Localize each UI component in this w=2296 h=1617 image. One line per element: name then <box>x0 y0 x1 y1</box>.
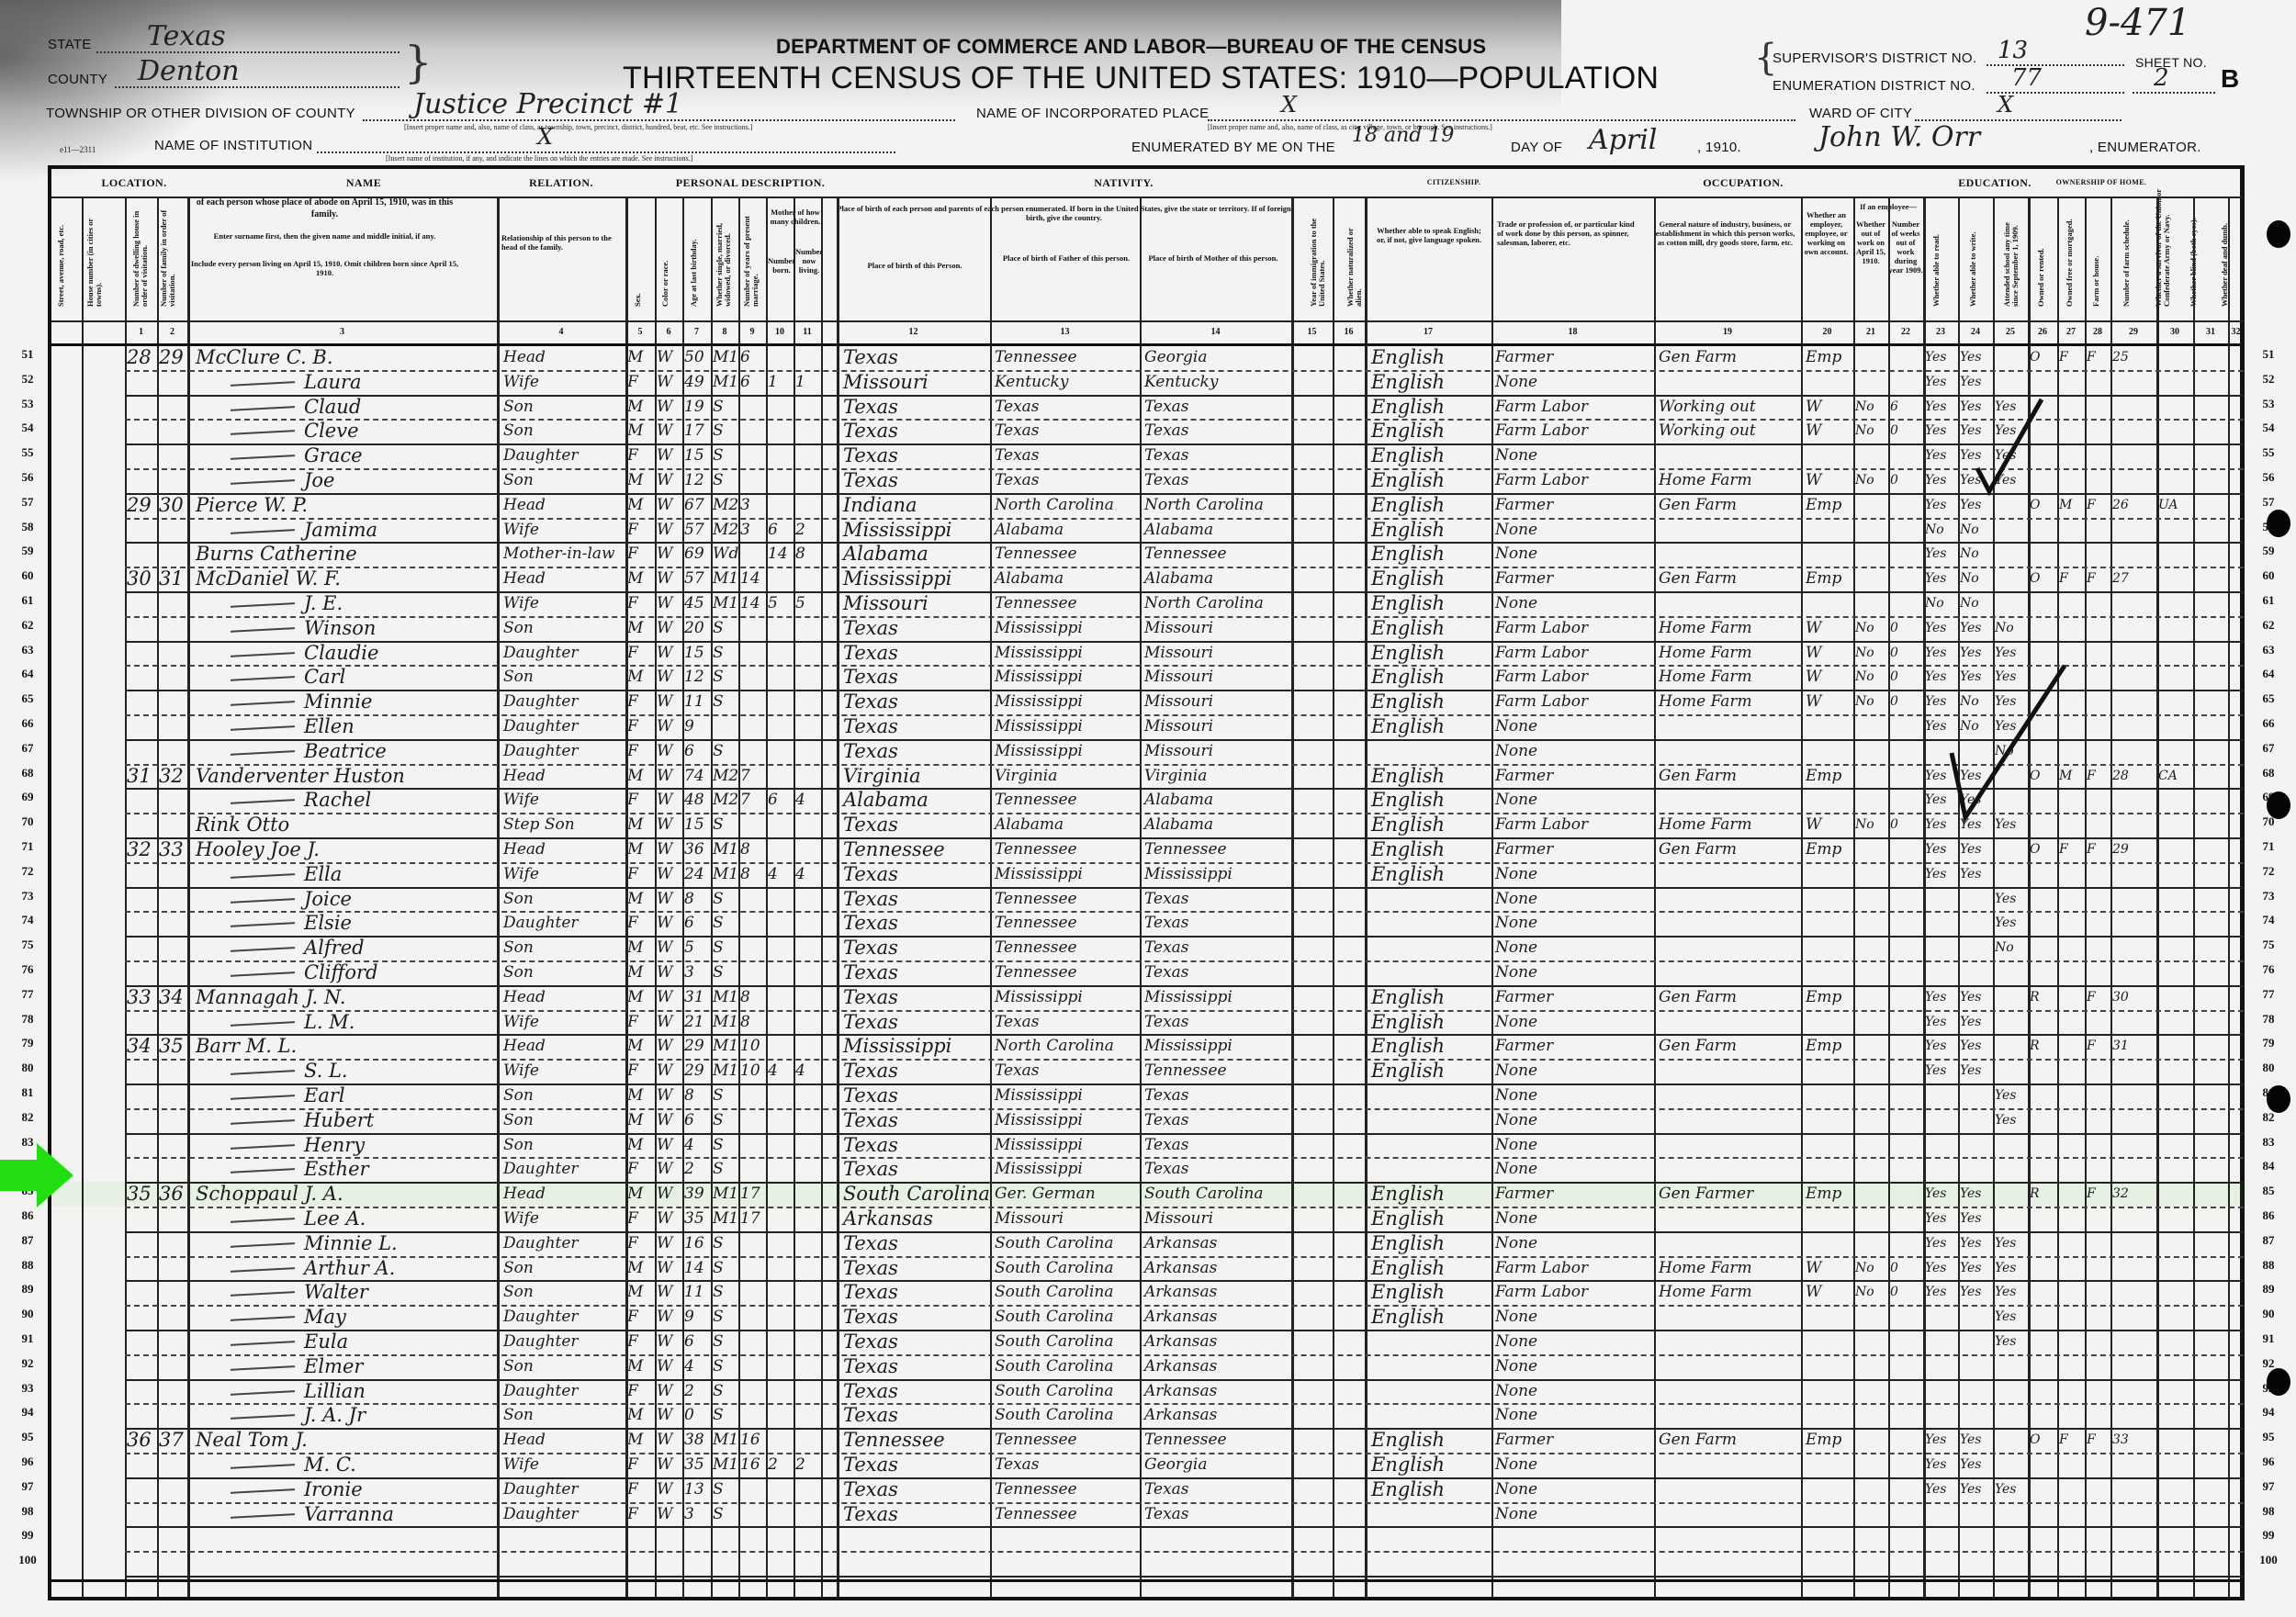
table-row[interactable]: HenrySonMW4STexasMississippiTexasNone <box>51 1133 2244 1158</box>
row-divider <box>125 1403 2244 1405</box>
cell-ms: S <box>713 395 737 419</box>
cell-fbp: Texas <box>995 1059 1138 1083</box>
cell-fbp: North Carolina <box>995 493 1138 517</box>
cell-bp: Mississippi <box>843 1034 988 1058</box>
institution-note: [Insert name of institution, if any, and… <box>386 154 692 163</box>
line-number: 95 <box>11 1430 44 1444</box>
column-divider <box>625 197 628 1597</box>
cell-bp: Texas <box>843 641 988 665</box>
cell-race: W <box>657 1428 681 1452</box>
ditto-dash <box>231 1021 295 1027</box>
cell-race: W <box>657 591 681 615</box>
cell-sched: 25 <box>2112 345 2155 369</box>
cell-occ: None <box>1495 1477 1652 1501</box>
header-employer: Whether an employer, employee, or workin… <box>1801 210 1851 256</box>
cell-name: Neal Tom J. <box>196 1428 495 1452</box>
row-divider <box>125 1010 2244 1012</box>
cell-rel: Daughter <box>503 1330 624 1353</box>
cell-eng: English <box>1371 813 1490 837</box>
cell-age: 8 <box>684 1084 709 1107</box>
ditto-dash <box>231 652 295 657</box>
cell-sex: F <box>627 641 653 665</box>
cell-bp: Texas <box>843 936 988 960</box>
cell-yrs: 17 <box>740 1207 764 1230</box>
cell-mbp: Texas <box>1144 1157 1289 1181</box>
cell-race: W <box>657 739 681 763</box>
cell-rel: Step Son <box>503 813 624 837</box>
cell-age: 29 <box>684 1034 709 1058</box>
column-divider <box>2110 197 2112 1597</box>
cell-living: 8 <box>795 542 819 566</box>
cell-age: 45 <box>684 591 709 615</box>
cell-yrs: 10 <box>740 1059 764 1083</box>
incorporated-place-value[interactable]: X <box>1281 92 1297 118</box>
column-divider <box>821 197 823 1597</box>
line-number: 67 <box>11 741 44 756</box>
ditto-dash <box>231 971 295 977</box>
line-number: 57 <box>11 495 44 510</box>
cell-age: 67 <box>684 493 709 517</box>
cell-farm: F <box>2087 345 2109 369</box>
column-divider <box>1853 197 1855 1597</box>
cell-cls: W <box>1806 641 1851 665</box>
group-relation: RELATION. <box>497 176 625 190</box>
ditto-dash <box>231 1513 295 1519</box>
cell-age: 12 <box>684 665 709 689</box>
cell-mbp: Alabama <box>1144 567 1289 590</box>
cell-farm: F <box>2087 1428 2109 1452</box>
supervisor-district-value[interactable]: 13 <box>1998 37 2028 64</box>
cell-cls: Emp <box>1806 1428 1851 1452</box>
table-row[interactable]: BeatriceDaughterFW6STexasMississippiMiss… <box>51 739 2244 764</box>
cell-write: Yes <box>1960 985 1991 1009</box>
column-divider <box>1654 197 1656 1597</box>
cell-eng: English <box>1371 641 1490 665</box>
table-row[interactable]: EllenDaughterFW9TexasMississippiMissouri… <box>51 714 2244 739</box>
column-number: 7 <box>682 327 711 337</box>
column-number: 18 <box>1491 327 1654 337</box>
table-row[interactable]: CarlSonMW12STexasMississippiMissouriEngl… <box>51 665 2244 690</box>
cell-cls: W <box>1806 616 1851 640</box>
ditto-dash <box>231 1464 295 1469</box>
cell-occ: Farmer <box>1495 985 1652 1009</box>
cell-ms: S <box>713 616 737 640</box>
cell-race: W <box>657 1379 681 1403</box>
cell-sex: F <box>627 370 653 394</box>
cell-own: O <box>2030 567 2055 590</box>
cell-ms: S <box>713 1477 737 1501</box>
cell-farm: F <box>2087 837 2109 861</box>
cell-ms: S <box>713 1280 737 1304</box>
cell-ms: M2 <box>713 493 737 517</box>
ditto-dash <box>231 1095 295 1100</box>
cell-bp: Texas <box>843 665 988 689</box>
line-number: 55 <box>11 445 44 460</box>
table-row[interactable]: Lee A.WifeFW35M117ArkansasMissouriMissou… <box>51 1207 2244 1231</box>
row-divider <box>125 542 2244 544</box>
cell-fbp: Tennessee <box>995 788 1138 812</box>
cell-ind: Gen Farm <box>1659 1034 1799 1058</box>
cell-sex: F <box>627 862 653 886</box>
cell-mbp: Tennessee <box>1144 837 1289 861</box>
header-school: Attended school any time since September… <box>2003 210 2020 307</box>
cell-race: W <box>657 690 681 713</box>
cell-ms: M1 <box>713 1453 737 1477</box>
cell-bp: Missouri <box>843 591 988 615</box>
cell-occ: None <box>1495 1157 1652 1181</box>
institution-label: Name of institution <box>154 138 312 153</box>
ditto-dash <box>231 677 295 682</box>
cell-fam: 34 <box>159 985 186 1009</box>
column-number: 5 <box>625 327 655 337</box>
cell-fbp: Tennessee <box>995 1477 1138 1501</box>
cell-fam: 32 <box>159 764 186 788</box>
cell-sex: M <box>627 345 653 369</box>
cell-read: Yes <box>1925 567 1956 590</box>
cell-sex: M <box>627 837 653 861</box>
cell-sex: F <box>627 1010 653 1034</box>
cell-bp: Alabama <box>843 542 988 566</box>
sheet-no-value[interactable]: 2 <box>2154 64 2169 92</box>
cell-bp: Texas <box>843 345 988 369</box>
month-value[interactable]: April <box>1589 124 1657 156</box>
cell-farm: F <box>2087 493 2109 517</box>
column-divider <box>738 197 740 1597</box>
ditto-dash <box>231 873 295 879</box>
cell-ind: Home Farm <box>1659 468 1799 492</box>
cell-age: 3 <box>684 1502 709 1526</box>
cell-mbp: Alabama <box>1144 813 1289 837</box>
header-farm-schedule: Number of farm schedule. <box>2122 210 2131 307</box>
check-mark-icon <box>1973 395 2046 496</box>
cell-fbp: South Carolina <box>995 1403 1138 1427</box>
header-weeks-out: Number of weeks out of work during year … <box>1888 219 1923 275</box>
row-divider <box>125 665 2244 667</box>
cell-yrs: 17 <box>740 1182 764 1206</box>
cell-sched: 30 <box>2112 985 2155 1009</box>
cell-wks: 0 <box>1890 665 1921 689</box>
cell-write: Yes <box>1960 345 1991 369</box>
table-row[interactable]: 3435Barr M. L.HeadMW29M110MississippiNor… <box>51 1034 2244 1059</box>
row-divider <box>125 1231 2244 1233</box>
ward-value[interactable]: X <box>1998 92 2013 118</box>
cell-fam: 35 <box>159 1034 186 1058</box>
enumerator-name[interactable]: John W. Orr <box>1818 121 1980 153</box>
table-row[interactable]: JoiceSonMW8STexasTennesseeTexasNoneYes <box>51 887 2244 912</box>
table-row[interactable]: LauraWifeFW49M1611MissouriKentuckyKentuc… <box>51 370 2244 395</box>
group-ownership: OWNERSHIP OF HOME. <box>2046 178 2156 186</box>
census-title: THIRTEENTH CENSUS OF THE UNITED STATES: … <box>623 61 1659 96</box>
cell-rel: Head <box>503 493 624 517</box>
row-divider <box>125 493 2244 495</box>
column-divider <box>655 197 657 1597</box>
cell-rel: Daughter <box>503 444 624 467</box>
cell-rel: Head <box>503 1034 624 1058</box>
line-number: 93 <box>11 1381 44 1396</box>
table-row[interactable]: EllaWifeFW24M1844TexasMississippiMississ… <box>51 862 2244 887</box>
cell-age: 48 <box>684 788 709 812</box>
cell-occ: Farm Labor <box>1495 395 1652 419</box>
cell-sex: M <box>627 1256 653 1280</box>
cell-rel: Daughter <box>503 1477 624 1501</box>
cell-dw: 29 <box>127 493 155 517</box>
cell-ms: S <box>713 1354 737 1378</box>
cell-cls: W <box>1806 1280 1851 1304</box>
line-number: 92 <box>11 1356 44 1371</box>
header-brace: } <box>404 37 433 88</box>
column-divider <box>793 197 795 1597</box>
column-number: 15 <box>1291 327 1333 337</box>
cell-born: 5 <box>768 591 792 615</box>
cell-own: R <box>2030 1034 2055 1058</box>
line-number: 59 <box>2252 544 2285 558</box>
row-divider <box>51 320 2244 322</box>
line-number: 52 <box>11 372 44 387</box>
cell-sched: 26 <box>2112 493 2155 517</box>
ditto-dash <box>231 529 295 534</box>
table-row[interactable]: CliffordSonMW3STexasTennesseeTexasNone <box>51 960 2244 985</box>
table-row[interactable]: EulaDaughterFW6STexasSouth CarolinaArkan… <box>51 1330 2244 1354</box>
cell-dw: 31 <box>127 764 155 788</box>
cell-race: W <box>657 985 681 1009</box>
cell-free: F <box>2059 567 2083 590</box>
cell-race: W <box>657 862 681 886</box>
table-row[interactable]: EstherDaughterFW2STexasMississippiTexasN… <box>51 1157 2244 1182</box>
year-label: , 1910. <box>1697 140 1741 155</box>
line-number: 80 <box>11 1061 44 1075</box>
table-row[interactable]: 2930Pierce W. P.HeadMW67M23IndianaNorth … <box>51 493 2244 518</box>
column-number: 4 <box>497 327 625 337</box>
table-row[interactable]: IronieDaughterFW13STexasTennesseeTexasEn… <box>51 1477 2244 1502</box>
table-row[interactable]: HubertSonMW6STexasMississippiTexasNoneYe… <box>51 1108 2244 1133</box>
table-row[interactable]: 3233Hooley Joe J.HeadMW36M18TennesseeTen… <box>51 837 2244 862</box>
table-row[interactable]: ClaudieDaughterFW15STexasMississippiMiss… <box>51 641 2244 666</box>
cell-age: 6 <box>684 739 709 763</box>
cell-ms: M2 <box>713 518 737 542</box>
group-location: LOCATION. <box>51 176 217 190</box>
cell-bp: Texas <box>843 1305 988 1329</box>
cell-ms: S <box>713 911 737 935</box>
table-row[interactable]: ElmerSonMW4STexasSouth CarolinaArkansasN… <box>51 1354 2244 1379</box>
cell-ind: Home Farm <box>1659 1280 1799 1304</box>
line-number: 94 <box>2252 1405 2285 1420</box>
table-row[interactable]: EarlSonMW8STexasMississippiTexasNoneYes <box>51 1084 2244 1108</box>
row-divider <box>125 1207 2244 1208</box>
table-row[interactable]: Rink OttoStep SonMW15STexasAlabamaAlabam… <box>51 813 2244 837</box>
cell-age: 35 <box>684 1207 709 1230</box>
header-nativity-note: Place of birth of each person and parent… <box>837 204 1291 222</box>
cell-ms: S <box>713 960 737 984</box>
sheet-letter: B <box>2221 64 2239 94</box>
cell-occ: Farmer <box>1495 1034 1652 1058</box>
cell-fbp: South Carolina <box>995 1231 1138 1255</box>
table-row[interactable]: 3334Mannagah J. N.HeadMW31M18TexasMissis… <box>51 985 2244 1010</box>
line-number: 100 <box>11 1553 44 1567</box>
cell-bp: Texas <box>843 985 988 1009</box>
table-row[interactable]: Minnie L.DaughterFW16STexasSouth Carolin… <box>51 1231 2244 1256</box>
ditto-dash <box>231 1267 295 1273</box>
line-number: 66 <box>11 716 44 731</box>
cell-occ: None <box>1495 1231 1652 1255</box>
cell-out: No <box>1855 1256 1886 1280</box>
cell-mbp: Texas <box>1144 1133 1289 1157</box>
cell-ms: S <box>713 936 737 960</box>
cell-sex: F <box>627 911 653 935</box>
cell-cls: Emp <box>1806 567 1851 590</box>
table-row[interactable]: Burns CatherineMother-in-lawFW69Wd148Ala… <box>51 542 2244 567</box>
cell-bp: Texas <box>843 1010 988 1034</box>
cell-age: 38 <box>684 1428 709 1452</box>
cell-sch: Yes <box>1995 1231 2026 1255</box>
row-divider <box>125 591 2244 593</box>
column-divider <box>766 197 768 1597</box>
table-row[interactable]: 3536Schoppaul J. A.HeadMW39M117South Car… <box>51 1182 2244 1207</box>
row-divider <box>125 1453 2244 1454</box>
cell-age: 69 <box>684 542 709 566</box>
ditto-dash <box>231 1316 295 1321</box>
cell-rel: Son <box>503 616 624 640</box>
table-row[interactable]: WalterSonMW11STexasSouth CarolinaArkansa… <box>51 1280 2244 1305</box>
column-number: 23 <box>1923 327 1958 337</box>
ditto-dash <box>231 381 295 387</box>
cell-out: No <box>1855 813 1886 837</box>
row-divider <box>125 1576 2244 1578</box>
line-number: 66 <box>2252 716 2285 731</box>
table-row[interactable]: Arthur A.SonMW14STexasSouth CarolinaArka… <box>51 1256 2244 1281</box>
column-number: 24 <box>1958 327 1993 337</box>
table-row[interactable] <box>51 1551 2244 1576</box>
table-row[interactable]: ElsieDaughterFW6STexasTennesseeTexasNone… <box>51 911 2244 936</box>
cell-bp: Texas <box>843 1453 988 1477</box>
table-row[interactable]: JamimaWifeFW57M2362MississippiAlabamaAla… <box>51 518 2244 543</box>
sheet-no-label: Sheet No. <box>2135 55 2207 70</box>
column-number: 14 <box>1140 327 1291 337</box>
cell-sch: Yes <box>1995 1477 2026 1501</box>
line-number: 61 <box>11 593 44 608</box>
cell-ms: M1 <box>713 1207 737 1230</box>
cell-mbp: Missouri <box>1144 739 1289 763</box>
cell-fbp: Texas <box>995 468 1138 492</box>
cell-race: W <box>657 370 681 394</box>
table-row[interactable]: GraceDaughterFW15STexasTexasTexasEnglish… <box>51 444 2244 468</box>
table-row[interactable]: ClaudSonMW19STexasTexasTexasEnglishFarm … <box>51 395 2244 420</box>
group-citizenship: CITIZENSHIP. <box>1412 178 1495 186</box>
column-divider <box>2156 197 2159 1597</box>
table-row[interactable]: 3637Neal Tom J.HeadMW38M116TennesseeTenn… <box>51 1428 2244 1453</box>
table-row[interactable]: M. C.WifeFW35M11622TexasTexasGeorgiaEngl… <box>51 1453 2244 1477</box>
line-number: 99 <box>2252 1528 2285 1543</box>
column-divider <box>1958 197 1960 1597</box>
table-row[interactable]: AlfredSonMW5STexasTennesseeTexasNoneNo <box>51 936 2244 960</box>
cell-sex: F <box>627 1453 653 1477</box>
row-divider <box>125 960 2244 962</box>
cell-sex: M <box>627 1354 653 1378</box>
cell-fbp: South Carolina <box>995 1330 1138 1353</box>
group-nativity: NATIVITY. <box>837 176 1411 190</box>
cell-mbp: Arkansas <box>1144 1256 1289 1280</box>
ward-label: Ward of city <box>1809 106 1912 121</box>
cell-ms: M1 <box>713 567 737 590</box>
row-divider <box>125 887 2244 889</box>
table-row[interactable]: 2829McClure C. B.HeadMW50M16TexasTenness… <box>51 345 2244 370</box>
row-divider <box>125 1157 2244 1159</box>
table-row[interactable] <box>51 1526 2244 1551</box>
table-row[interactable]: MinnieDaughterFW11STexasMississippiMisso… <box>51 690 2244 714</box>
enumeration-district-value[interactable]: 77 <box>2011 64 2042 92</box>
cell-read: Yes <box>1925 1477 1956 1501</box>
table-row[interactable]: JoeSonMW12STexasTexasTexasEnglishFarm La… <box>51 468 2244 493</box>
cell-read: Yes <box>1925 1034 1956 1058</box>
county-value[interactable]: Denton <box>138 55 240 87</box>
table-row[interactable]: L. M.WifeFW21M18TexasTexasTexasEnglishNo… <box>51 1010 2244 1035</box>
ditto-dash <box>231 627 295 633</box>
table-row[interactable]: J. E.WifeFW45M11455MissouriTennesseeNort… <box>51 591 2244 616</box>
cell-occ: Farmer <box>1495 1428 1652 1452</box>
cell-race: W <box>657 960 681 984</box>
cell-read: Yes <box>1925 837 1956 861</box>
cell-bp: Texas <box>843 616 988 640</box>
line-number: 60 <box>11 568 44 583</box>
line-number: 89 <box>11 1282 44 1297</box>
cell-farm: F <box>2087 985 2109 1009</box>
state-value[interactable]: Texas <box>147 20 226 52</box>
cell-occ: None <box>1495 444 1652 467</box>
cell-bp: Texas <box>843 690 988 713</box>
header-years-married: Number of years of present marriage. <box>743 210 760 307</box>
table-row[interactable]: WinsonSonMW20STexasMississippiMissouriEn… <box>51 616 2244 641</box>
table-row[interactable]: S. L.WifeFW29M11044TexasTexasTennesseeEn… <box>51 1059 2244 1084</box>
cell-bp: Mississippi <box>843 567 988 590</box>
table-row[interactable]: LillianDaughterFW2STexasSouth CarolinaAr… <box>51 1379 2244 1404</box>
cell-occ: None <box>1495 960 1652 984</box>
institution-value[interactable]: X <box>537 124 553 150</box>
line-number: 65 <box>2252 691 2285 706</box>
highlight-arrow-icon <box>0 1143 73 1207</box>
cell-eng: English <box>1371 1059 1490 1083</box>
cell-race: W <box>657 1403 681 1427</box>
punch-hole <box>2267 1368 2290 1396</box>
table-row[interactable]: CleveSonMW17STexasTexasTexasEnglishFarm … <box>51 419 2244 444</box>
line-number: 59 <box>11 544 44 558</box>
cell-bp: Texas <box>843 1330 988 1353</box>
cell-out: No <box>1855 1280 1886 1304</box>
table-row[interactable]: RachelWifeFW48M2764AlabamaTennesseeAlaba… <box>51 788 2244 813</box>
header-birthplace: Place of birth of this Person. <box>841 261 988 270</box>
row-divider <box>51 1579 2244 1582</box>
line-number: 78 <box>11 1012 44 1027</box>
cell-ms: S <box>713 1403 737 1427</box>
census-table: LOCATION. NAME RELATION. PERSONAL DESCRI… <box>48 165 2245 1600</box>
enumeration-days[interactable]: 18 and 19 <box>1352 124 1454 147</box>
header-read: Whether able to read. <box>1932 210 1941 307</box>
row-divider <box>125 1330 2244 1331</box>
row-divider <box>125 1133 2244 1135</box>
table-row[interactable]: J. A. JrSonMW0STexasSouth CarolinaArkans… <box>51 1403 2244 1428</box>
cell-ind: Gen Farm <box>1659 493 1799 517</box>
table-row[interactable]: 3031McDaniel W. F.HeadMW57M114Mississipp… <box>51 567 2244 591</box>
cell-write: Yes <box>1960 1207 1991 1230</box>
cell-ms: S <box>713 1157 737 1181</box>
table-row[interactable]: VarrannaDaughterFW3STexasTennesseeTexasN… <box>51 1502 2244 1527</box>
row-divider <box>125 395 2244 397</box>
table-row[interactable]: 3132Vanderventer HustonHeadMW74M27Virgin… <box>51 764 2244 789</box>
punch-hole <box>2267 220 2290 248</box>
table-row[interactable]: MayDaughterFW9STexasSouth CarolinaArkans… <box>51 1305 2244 1330</box>
cell-ms: M2 <box>713 764 737 788</box>
cell-sex: M <box>627 493 653 517</box>
ditto-dash <box>231 1292 295 1297</box>
cell-occ: Farm Labor <box>1495 1280 1652 1304</box>
